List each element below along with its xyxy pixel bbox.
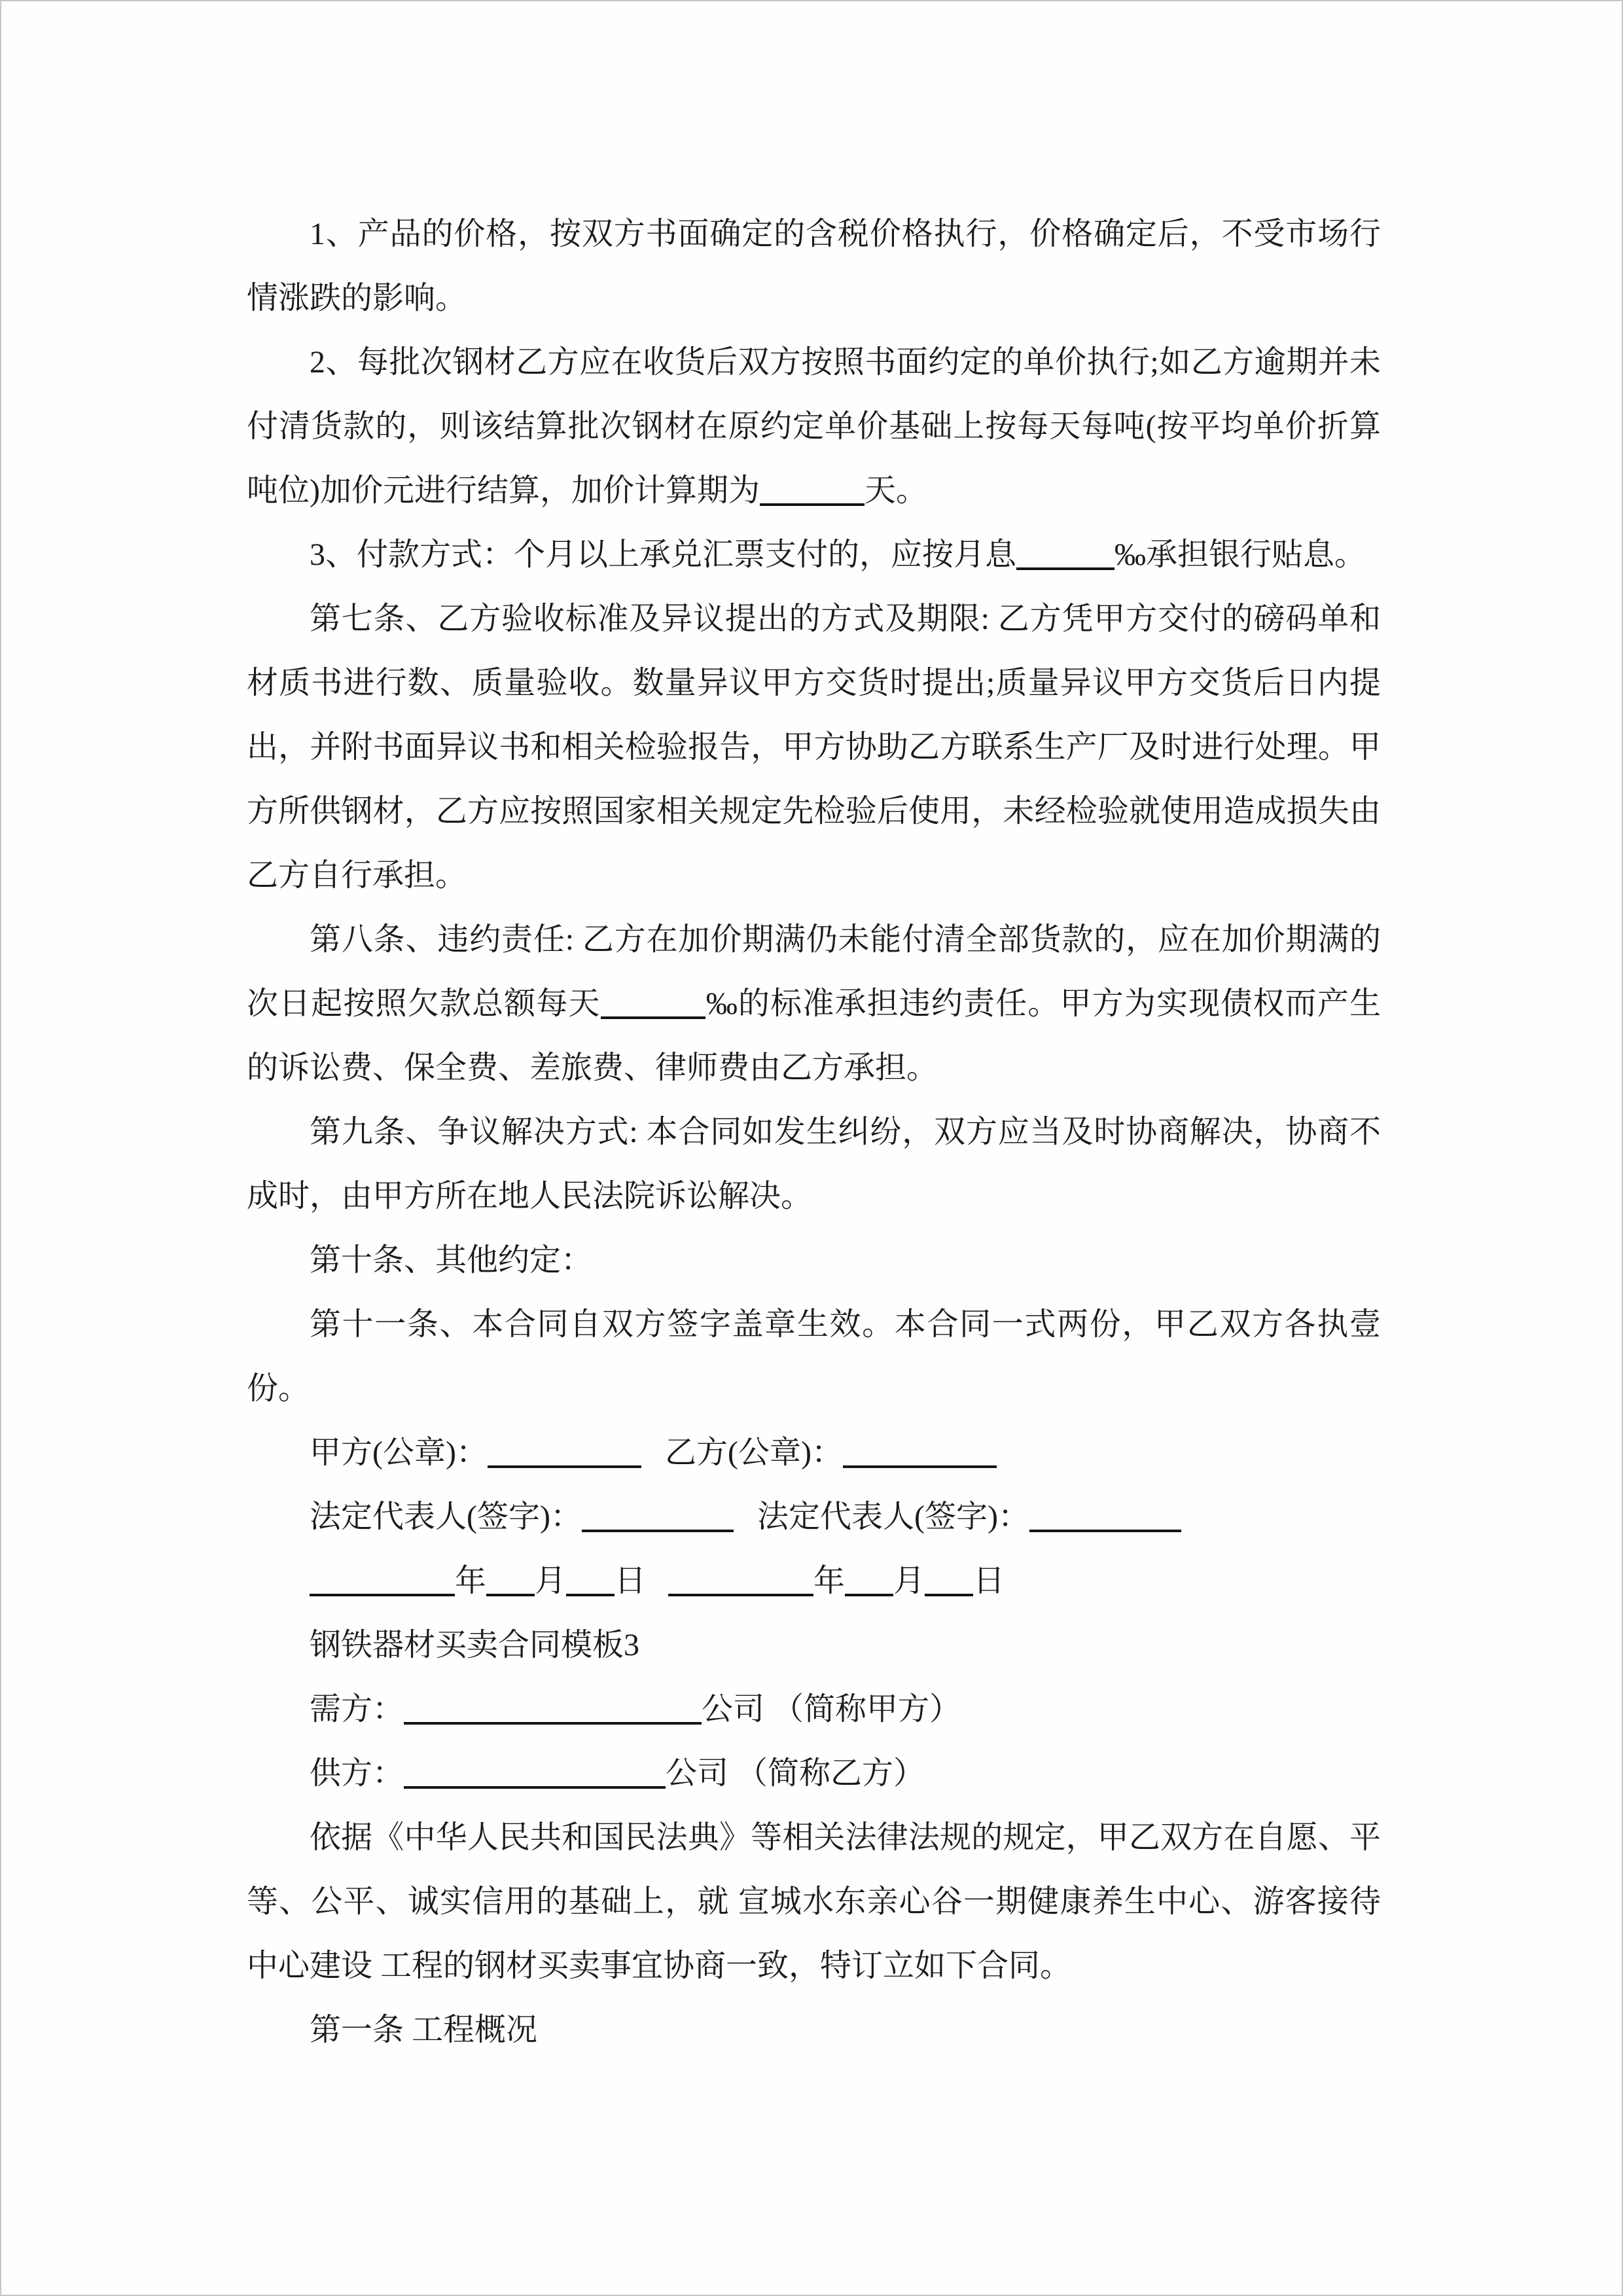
clause-1-price: 1、产品的价格，按双方书面确定的含税价格执行，价格确定后，不受市场行情涨跌的影响… [247, 202, 1381, 331]
spacer [646, 1590, 668, 1591]
fill-in-blank [760, 502, 865, 506]
article-9-dispute: 第九条、争议解决方式: 本合同如发生纠纷，双方应当及时协商解决，协商不成时，由甲… [247, 1100, 1381, 1229]
fill-in-blank [404, 1785, 666, 1789]
fill-in-blank [486, 1592, 535, 1596]
spacer [641, 1462, 665, 1463]
signature-date-line: 年月日年月日 [247, 1549, 1381, 1613]
contract-document-page: 1、产品的价格，按双方书面确定的含税价格执行，价格确定后，不受市场行情涨跌的影响… [0, 0, 1623, 2296]
signature-seal-line: 甲方(公章)：乙方(公章)： [247, 1421, 1381, 1485]
article-8-breach: 第八条、违约责任: 乙方在加价期满仍未能付清全部货款的，应在加价期满的次日起按照… [247, 908, 1381, 1100]
fill-in-blank [310, 1592, 455, 1596]
preamble: 依据《中华人民共和国民法典》等相关法律法规的规定，甲乙双方在自愿、平等、公平、诚… [247, 1806, 1381, 1998]
fill-in-blank [566, 1592, 615, 1596]
template-3-heading: 钢铁器材买卖合同模板3 [247, 1613, 1381, 1677]
spacer [734, 1526, 757, 1527]
clause-2-settlement: 2、每批次钢材乙方应在收货后双方按照书面约定的单价执行;如乙方逾期并未付清货款的… [247, 331, 1381, 523]
fill-in-blank [404, 1721, 702, 1725]
fill-in-blank [1016, 566, 1115, 570]
article-7-acceptance: 第七条、乙方验收标准及异议提出的方式及期限: 乙方凭甲方交付的磅码单和材质书进行… [247, 587, 1381, 908]
fill-in-blank [668, 1592, 813, 1596]
article-11-effectiveness: 第十一条、本合同自双方签字盖章生效。本合同一式两份，甲乙双方各执壹份。 [247, 1293, 1381, 1421]
document-body: 1、产品的价格，按双方书面确定的含税价格执行，价格确定后，不受市场行情涨跌的影响… [1, 1, 1623, 2296]
article-10-other: 第十条、其他约定： [247, 1229, 1381, 1293]
fill-in-blank [601, 1015, 705, 1019]
article-1-project-overview: 第一条 工程概况 [247, 1998, 1381, 2062]
fill-in-blank [488, 1464, 641, 1468]
supplier-line: 供方：公司 （简称乙方） [247, 1742, 1381, 1806]
signature-representative-line: 法定代表人(签字)：法定代表人(签字)： [247, 1485, 1381, 1549]
fill-in-blank [845, 1592, 893, 1596]
fill-in-blank [925, 1592, 973, 1596]
fill-in-blank [1029, 1528, 1181, 1532]
buyer-line: 需方：公司 （简称甲方） [247, 1677, 1381, 1742]
fill-in-blank [843, 1464, 997, 1468]
clause-3-payment: 3、付款方式：个月以上承兑汇票支付的，应按月息‰承担银行贴息。 [247, 523, 1381, 587]
fill-in-blank [582, 1528, 734, 1532]
